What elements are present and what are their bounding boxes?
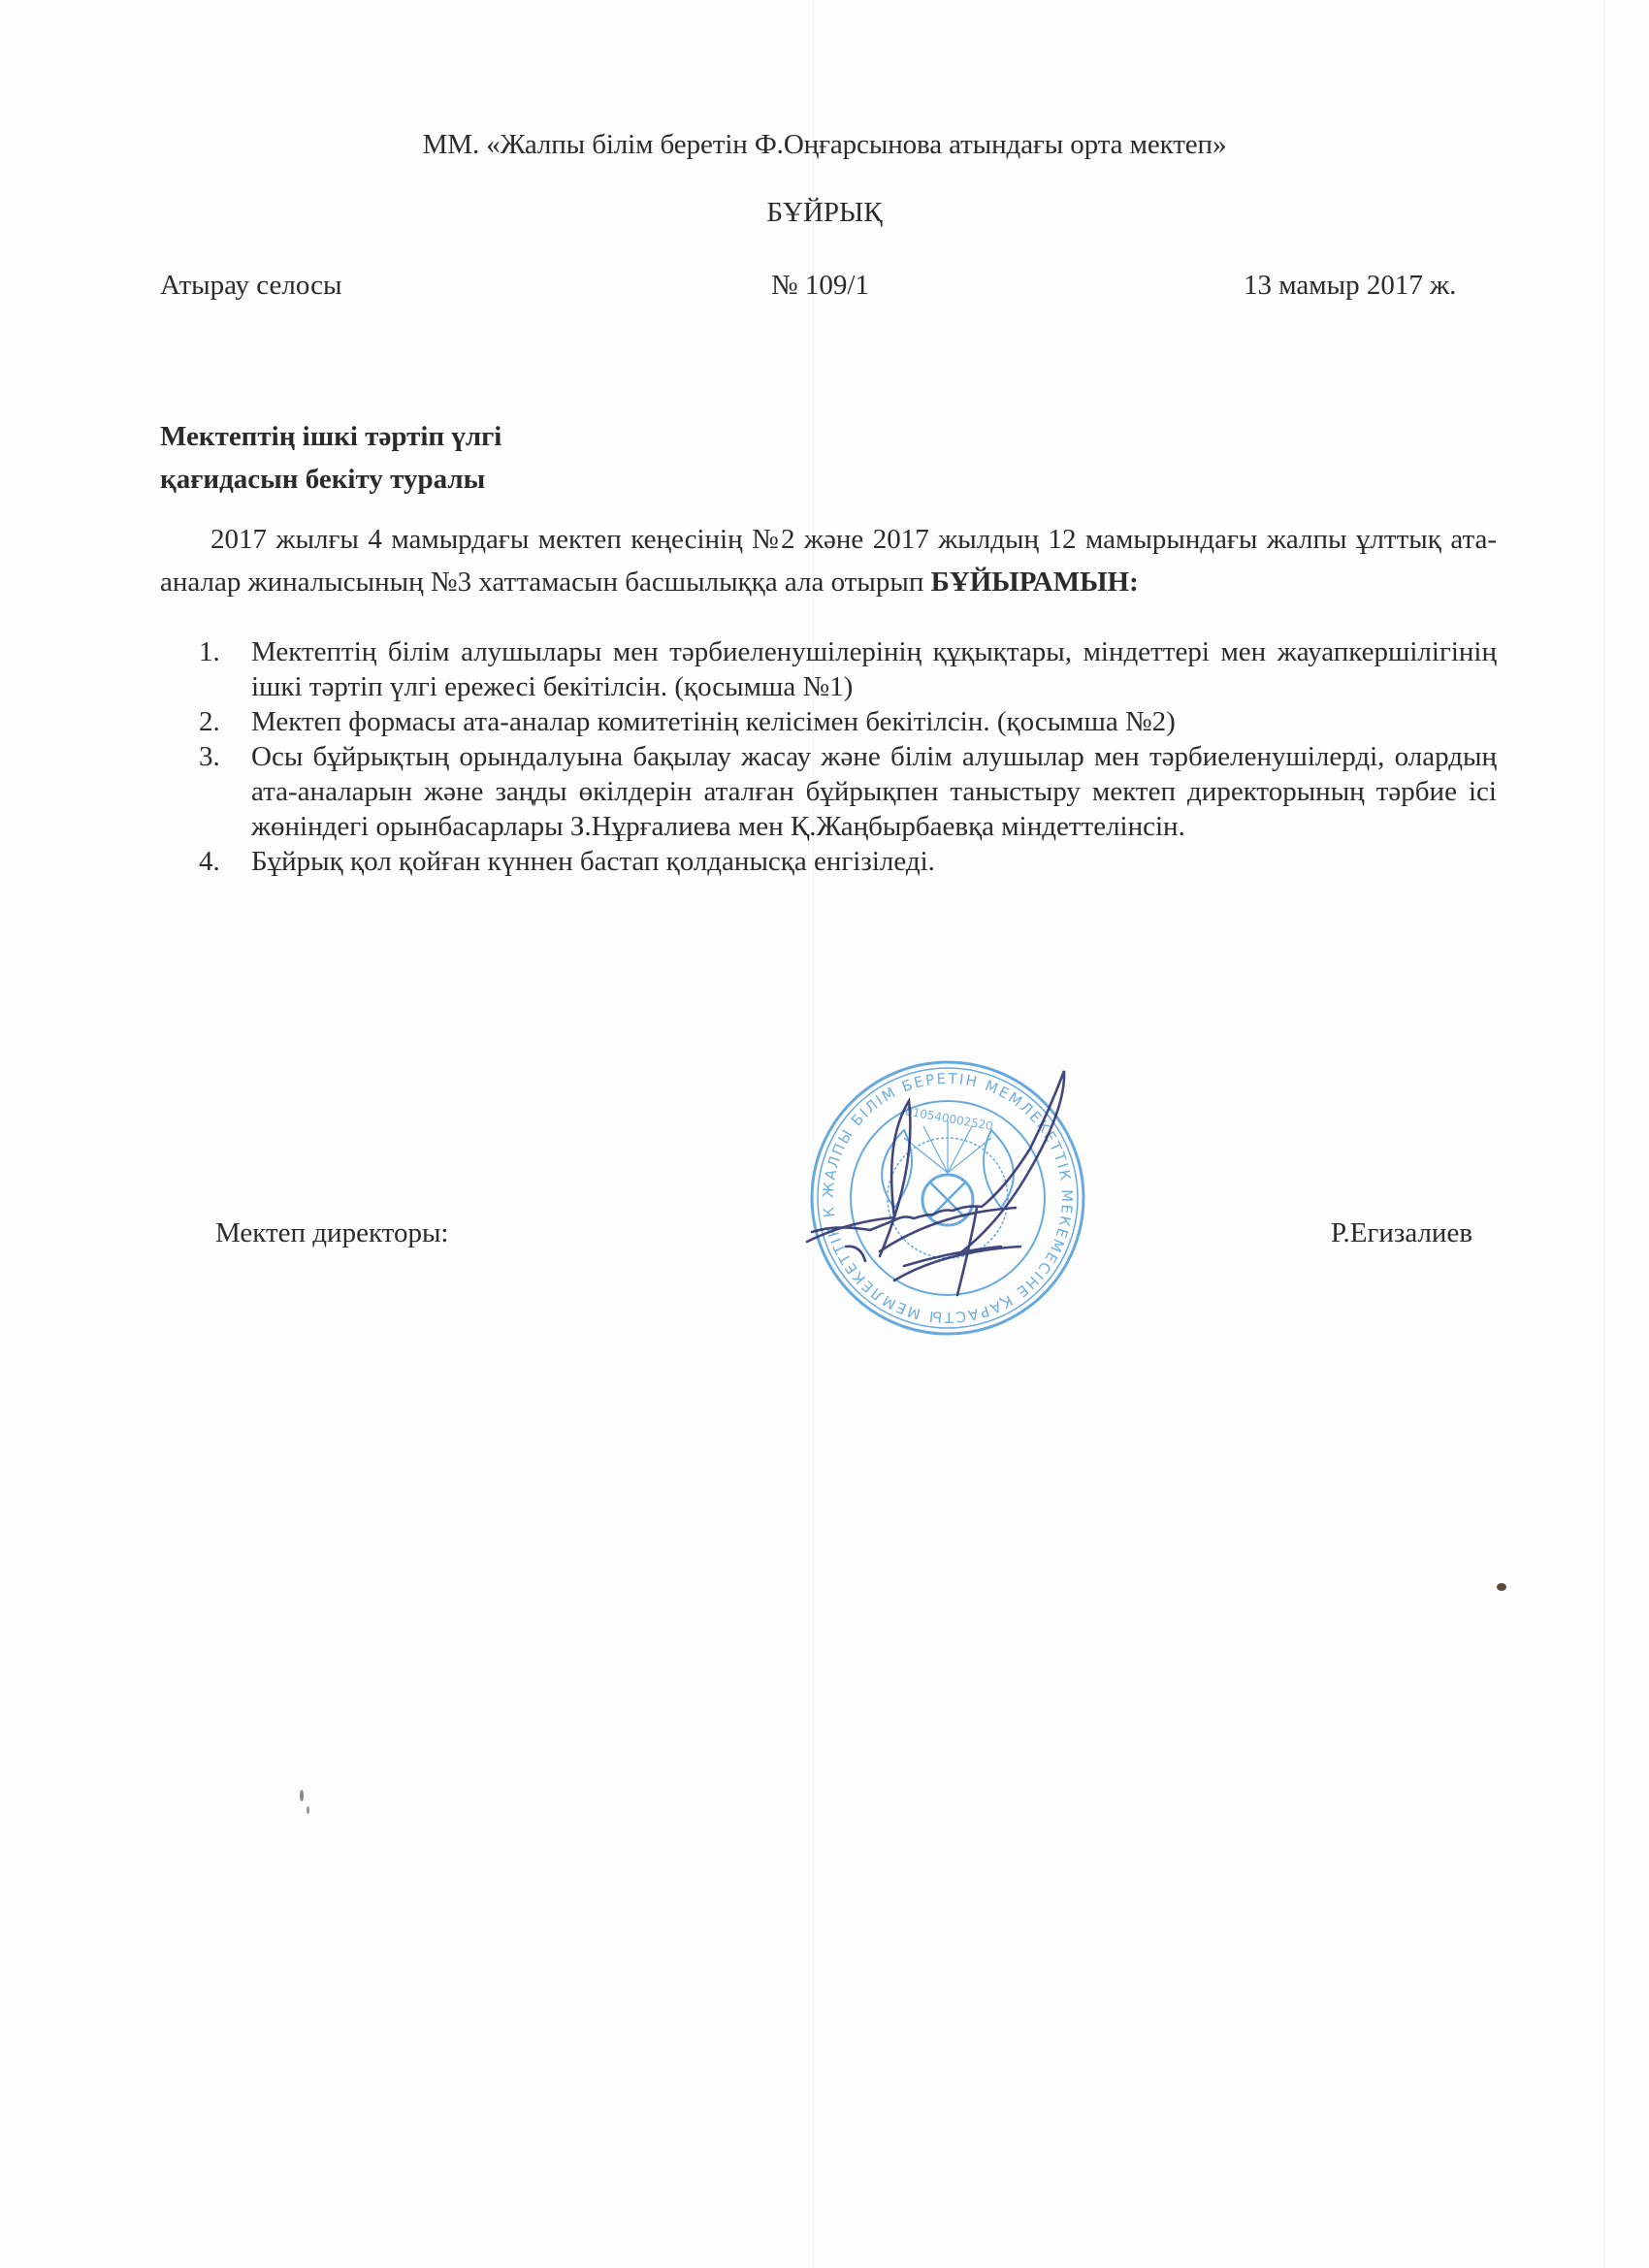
order-item-text: Осы бұйрықтың орындалуына бақылау жасау …: [251, 741, 1497, 842]
document-page: ММ. «Жалпы білім беретін Ф.Оңғарсынова а…: [0, 0, 1649, 2268]
order-item-number: 2.: [199, 704, 220, 739]
orders-list: 1. Мектептің білім алушылары мен тәрбиел…: [160, 634, 1497, 879]
preamble-paragraph: 2017 жылғы 4 мамырдағы мектеп кеңесінің …: [160, 518, 1497, 603]
order-number: № 109/1: [771, 270, 869, 302]
director-name: Р.Егизалиев: [1331, 1217, 1472, 1249]
organization-title: ММ. «Жалпы білім беретін Ф.Оңғарсынова а…: [0, 129, 1649, 161]
subject-line-1: Мектептің ішкі тәртіп үлгі: [160, 415, 501, 458]
scan-speck: [307, 1806, 309, 1814]
order-item: 3. Осы бұйрықтың орындалуына бақылау жас…: [160, 739, 1497, 844]
order-item-number: 4.: [199, 844, 220, 879]
order-item-number: 3.: [199, 739, 220, 774]
order-item: 2. Мектеп формасы ата-аналар комитетінің…: [160, 704, 1497, 739]
order-item-number: 1.: [199, 634, 220, 669]
subject-line-2: қағидасын бекіту туралы: [160, 458, 501, 501]
signature-label: Мектеп директоры:: [215, 1217, 448, 1249]
order-item-text: Мектеп формасы ата-аналар комитетінің ке…: [251, 706, 1176, 737]
order-item-text: Мектептің білім алушылары мен тәрбиелену…: [251, 636, 1497, 702]
order-subject: Мектептің ішкі тәртіп үлгі қағидасын бек…: [160, 415, 501, 501]
official-stamp: ЖАЛПЫ БІЛІМ БЕРЕТІН МЕМЛЕКЕТТІК МЕКЕМЕСІ…: [788, 1053, 1108, 1344]
preamble-text: 2017 жылғы 4 мамырдағы мектеп кеңесінің …: [160, 524, 1497, 598]
document-type-title: БҰЙРЫҚ: [0, 197, 1649, 229]
scan-speck: [1497, 1583, 1506, 1591]
order-date: 13 мамыр 2017 ж.: [1244, 270, 1456, 302]
stamp-seal-icon: ЖАЛПЫ БІЛІМ БЕРЕТІН МЕМЛЕКЕТТІК МЕКЕМЕСІ…: [788, 1053, 1108, 1344]
scan-edge-line: [1603, 0, 1605, 2268]
order-item-text: Бұйрық қол қойған күннен бастап қолданыс…: [251, 846, 935, 877]
order-item: 4. Бұйрық қол қойған күннен бастап қолда…: [160, 844, 1497, 879]
scan-speck: [300, 1790, 304, 1801]
order-place: Атырау селосы: [160, 270, 341, 302]
preamble-emphasis: БҰЙЫРАМЫН:: [931, 567, 1139, 598]
order-item: 1. Мектептің білім алушылары мен тәрбиел…: [160, 634, 1497, 704]
svg-text:010540002520: 010540002520: [904, 1104, 994, 1133]
